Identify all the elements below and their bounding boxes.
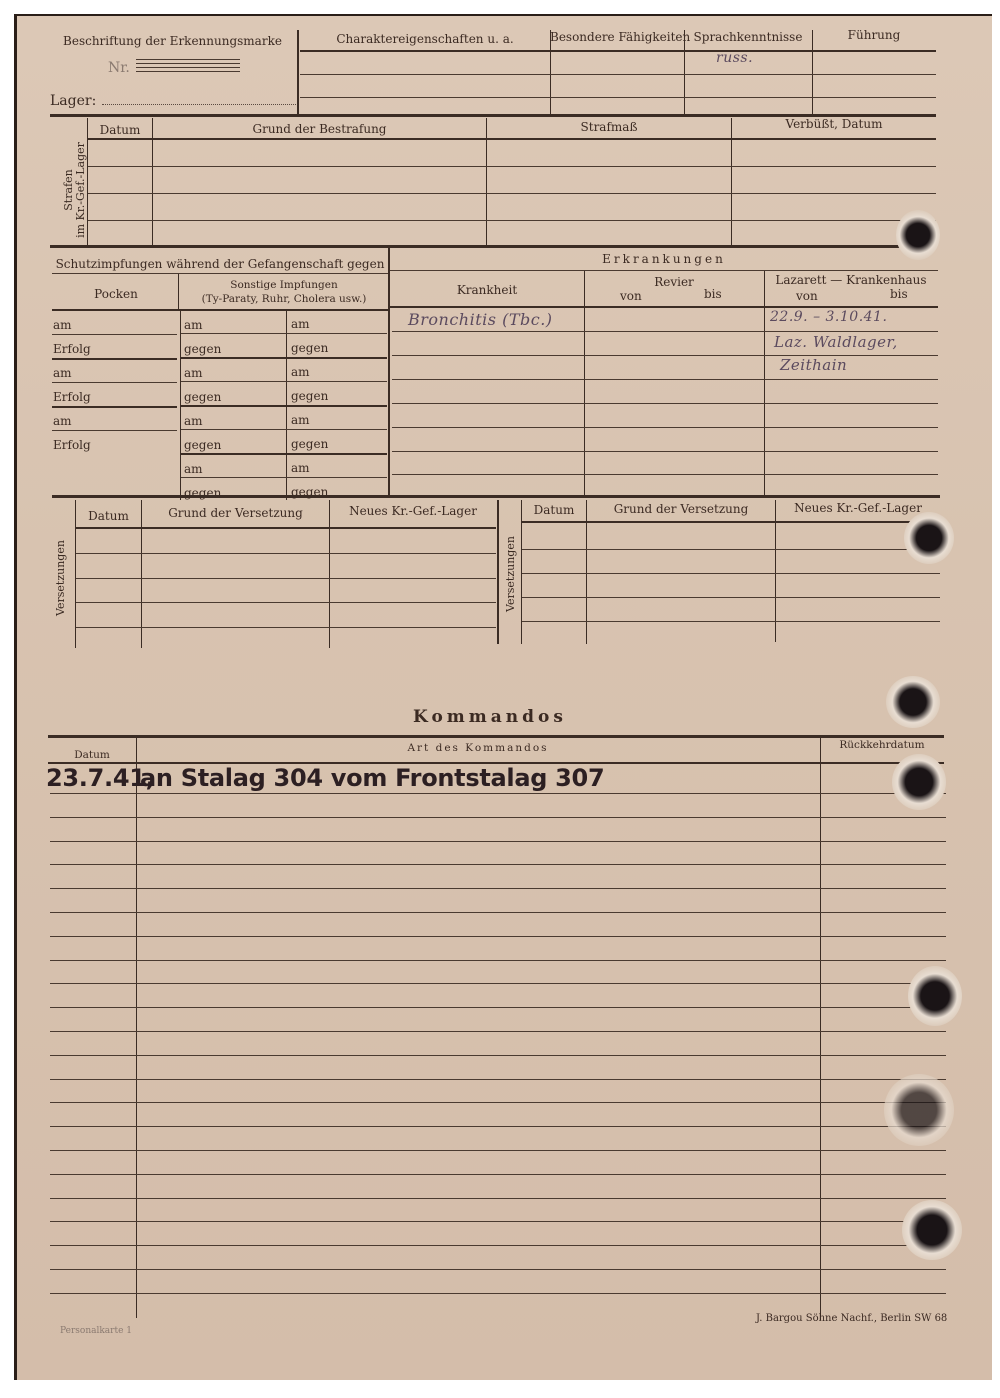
punch-hole-damage: [892, 754, 946, 810]
kommandos-datum-entry: 23.7.41,: [46, 764, 154, 792]
kommandos-row-line: [50, 1269, 946, 1270]
versetzungen-col-datum: Datum: [76, 509, 141, 523]
form-name: Personalkarte 1: [60, 1324, 132, 1338]
sonstige-row: am: [184, 414, 203, 428]
kommandos-row-line: [50, 888, 946, 889]
sonstige-row: am: [184, 366, 203, 380]
sonstige-row: gegen: [184, 438, 221, 452]
sonstige-row: am: [291, 365, 310, 379]
versetzungen-side-label: Versetzungen: [55, 533, 67, 623]
kommandos-col-art: Art des Kommandos: [137, 741, 819, 755]
faehigkeiten-field[interactable]: [551, 52, 684, 112]
krankheit-entry: Bronchitis (Tbc.): [408, 310, 553, 329]
pocken-row: Erfolg: [53, 342, 91, 356]
kommandos-row-line: [50, 1055, 946, 1056]
pocken-row: Erfolg: [53, 390, 91, 404]
strafen-col-grund: Grund der Bestrafung: [153, 122, 486, 136]
kommandos-row-line: [50, 817, 946, 818]
versetzungen-col-lager: Neues Kr.-Gef.-Lager: [776, 501, 940, 515]
versetzungen-col-grund: Grund der Versetzung: [142, 506, 329, 520]
lazarett-entry: 22.9. – 3.10.41.: [770, 309, 887, 325]
punch-hole-damage: [884, 1074, 954, 1146]
erkennungsmarke-label: Beschriftung der Erkennungsmarke: [50, 34, 295, 48]
punch-hole-damage: [904, 512, 954, 564]
strafen-side-label: Strafen im Kr.-Gef.-Lager: [63, 135, 87, 245]
kommandos-row-line: [50, 1102, 946, 1103]
kommandos-col-rueckkehr: Rückkehrdatum: [820, 738, 944, 752]
erkrankungen-title: Erkrankungen: [390, 252, 938, 266]
lazarett-label: Lazarett — Krankenhaus: [764, 273, 938, 287]
kommandos-title: Kommandos: [40, 710, 940, 724]
kommandos-row-line: [50, 1031, 946, 1032]
lazarett-von-label: von: [796, 289, 818, 303]
kommandos-row-line: [50, 864, 946, 865]
versetzungen-side-label: Versetzungen: [505, 529, 517, 619]
kommandos-col-datum: Datum: [48, 748, 136, 762]
fuehrung-label: Führung: [812, 28, 936, 42]
lazarett-entry: Laz. Waldlager,: [774, 333, 898, 351]
charakter-label: Charaktereigenschaften u. a.: [300, 32, 550, 46]
punch-hole-damage: [896, 210, 940, 260]
sonstige-row: gegen: [184, 390, 221, 404]
fuehrung-field[interactable]: [813, 52, 936, 112]
sprachkenntnisse-value: russ.: [716, 50, 753, 66]
sonstige-row: gegen: [291, 437, 328, 451]
kommandos-row-line: [50, 1079, 946, 1080]
punch-hole-damage: [908, 966, 962, 1026]
kommandos-row-line: [50, 1150, 946, 1151]
pocken-row: am: [53, 318, 72, 332]
kommandos-row-line: [50, 960, 946, 961]
revier-bis-label: bis: [704, 287, 722, 301]
kommandos-row-line: [50, 1174, 946, 1175]
faehigkeiten-label: Besondere Fähigkeiten: [550, 30, 684, 44]
sonstige-label: Sonstige Impfungen (Ty-Paraty, Ruhr, Cho…: [180, 278, 388, 306]
pocken-row: am: [53, 414, 72, 428]
pocken-label: Pocken: [52, 287, 180, 301]
strafen-col-verbuesst: Verbüßt, Datum: [732, 117, 936, 131]
strafen-col-strafmass: Strafmaß: [487, 120, 731, 134]
kommandos-row-line: [50, 912, 946, 913]
sonstige-row: gegen: [291, 389, 328, 403]
punch-hole-damage: [902, 1200, 962, 1260]
sonstige-row: am: [291, 461, 310, 475]
punch-hole-damage: [886, 676, 940, 728]
sonstige-row: am: [184, 462, 203, 476]
kommandos-row-line: [50, 983, 946, 984]
kommandos-row-line: [50, 841, 946, 842]
sonstige-row: am: [291, 317, 310, 331]
charakter-field[interactable]: [300, 52, 550, 112]
printer-imprint: J. Bargou Söhne Nachf., Berlin SW 68: [756, 1312, 947, 1326]
lager-label: Lager:: [50, 94, 96, 108]
kommandos-row-line: [50, 1198, 946, 1199]
versetzungen-col-lager: Neues Kr.-Gef.-Lager: [330, 504, 496, 518]
nr-label: Nr.: [108, 61, 130, 75]
kommandos-row-line: [50, 793, 946, 794]
impfungen-title: Schutzimpfungen während der Gefangenscha…: [52, 257, 388, 271]
revier-von-label: von: [620, 289, 642, 303]
revier-label: Revier: [584, 275, 764, 289]
kommandos-row-line: [50, 1293, 946, 1294]
sonstige-row: gegen: [291, 341, 328, 355]
personalkarte-document: [14, 14, 992, 1380]
nr-field[interactable]: [136, 59, 240, 73]
pocken-row: am: [53, 366, 72, 380]
versetzungen-col-datum: Datum: [522, 503, 586, 517]
lazarett-bis-label: bis: [890, 287, 908, 301]
krankheit-label: Krankheit: [390, 283, 584, 297]
sonstige-row: gegen: [184, 342, 221, 356]
kommandos-row-line: [50, 936, 946, 937]
kommandos-art-entry: an Stalag 304 vom Frontstalag 307: [140, 764, 604, 792]
kommandos-row-line: [50, 1007, 946, 1008]
lager-field[interactable]: [102, 104, 298, 105]
sonstige-row: am: [291, 413, 310, 427]
kommandos-row-line: [50, 1126, 946, 1127]
pocken-row: Erfolg: [53, 438, 91, 452]
versetzungen-col-grund: Grund der Versetzung: [587, 502, 775, 516]
strafen-col-datum: Datum: [88, 123, 152, 137]
kommandos-row-line: [50, 1221, 946, 1222]
kommandos-row-line: [50, 1245, 946, 1246]
lazarett-entry: Zeithain: [780, 356, 847, 374]
sonstige-row: am: [184, 318, 203, 332]
sprachkenntnisse-label: Sprachkenntnisse: [684, 30, 812, 44]
